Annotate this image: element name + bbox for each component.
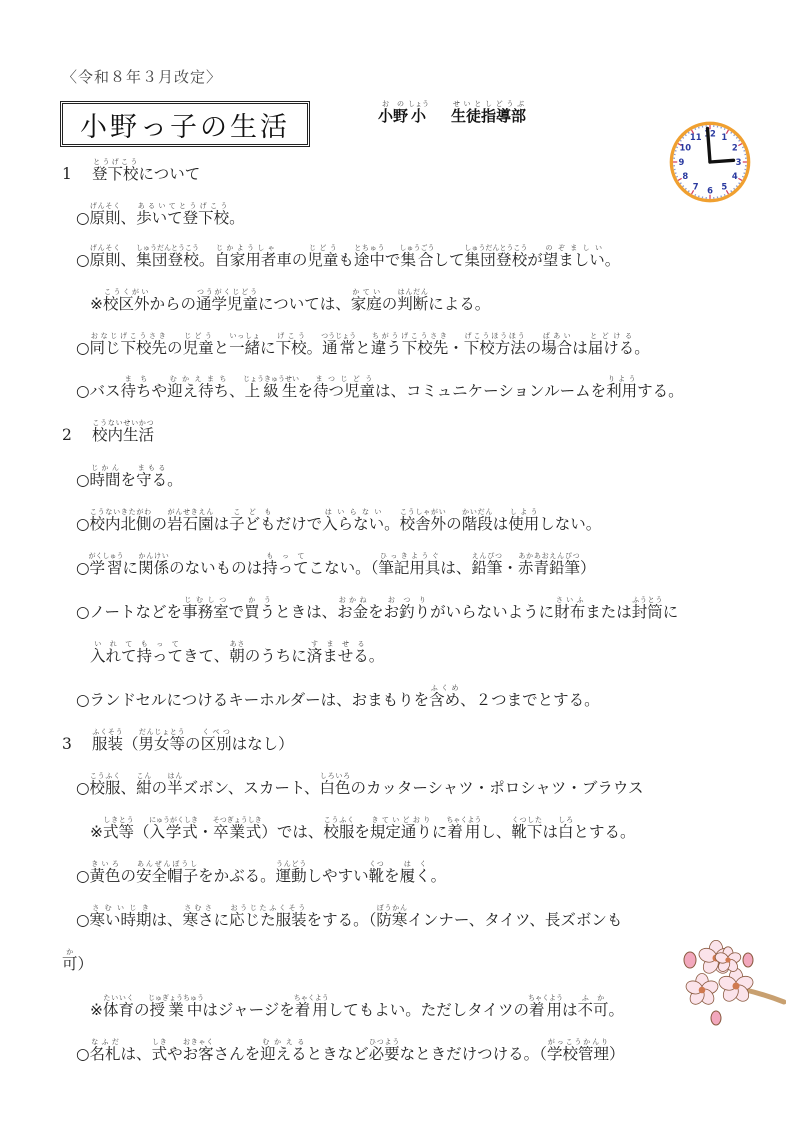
ruby-text: 途中とちゅう [354,251,385,269]
rule-item: ※体育たいいくの授業中じゅぎょうちゅうはジャージを着用ちゃくようしてもよい。ただ… [90,994,624,1019]
ruby-text: 安全帽子あんぜんぼうし [136,867,198,885]
ruby-text: 財布さいふ [554,603,585,621]
ruby-text: 寒ささむさ [183,911,214,929]
ruby-text: 下校方法げこうほうほう [464,339,526,357]
cherry-blossom-icon [676,930,786,1030]
ruby-text: 式等しきとう [103,823,134,841]
ruby-text: 可か [62,955,78,973]
ruby-text: 防寒ぼうかん [376,911,407,929]
ruby-text: 校内生活こうないせいかつ [92,426,154,444]
ruby-text: 原則げんそく [90,251,121,269]
rule-item: ○校内北側こうないきたがわの岩石園がんせきえんは子どもこどもだけで入らないはいら… [76,508,601,533]
ruby-text: 体育たいいく [103,1001,134,1019]
ruby-text: 届けるとどける [588,339,635,357]
ruby-text: 靴くつ [369,867,385,885]
ruby-text: 通学児童つうがくじどう [196,295,258,313]
rule-item: ○名札なふだは、式しきやお客おきゃくさんを迎えるむかえるときなど必要ひつようなと… [76,1038,624,1063]
rule-item: 可か） [62,948,93,973]
ruby-text: 履くはく [400,867,431,885]
clock-icon: 121234567891011 [668,120,752,204]
ruby-text: 含めふくめ [429,691,460,709]
ruby-text: 時間じかん [90,471,121,489]
svg-text:2: 2 [732,143,738,153]
ruby-text: 着用ちゃくよう [295,1001,328,1019]
ruby-text: 入れて持っていれてもって [90,647,183,665]
svg-text:4: 4 [732,171,738,181]
ruby-text: 朝あさ [229,647,245,665]
ruby-text: 白しろ [558,823,574,841]
section-number: 1 [62,167,92,183]
ruby-text: 買うかう [244,603,275,621]
ruby-text: 関係かんけい [138,559,169,577]
ruby-text: 同じ下校先おなじげこうさき [90,339,168,357]
ruby-text: 通常つうじょう [322,339,355,357]
svg-text:6: 6 [707,186,713,196]
ruby-text: 白色しろいろ [319,779,350,797]
ruby-text: 家庭かてい [351,295,382,313]
ruby-text: 迎え待ちむかえまち [167,382,229,400]
rule-item: 入れて持っていれてもってきて、朝あさのうちに済ませるすませる。 [90,640,384,665]
ruby-text: 望ましいのぞましい [543,251,605,269]
ruby-text: 鉛筆えんぴつ [471,559,502,577]
ruby-text: 授業中じゅぎょうちゅう [150,1001,203,1019]
svg-text:11: 11 [690,132,702,142]
ruby-text: 入らないはいらない [322,515,384,533]
ruby-text: 運動うんどう [276,867,307,885]
rule-item: ※校区外こうくがいからの通学児童つうがくじどうについては、家庭かていの判断はんだ… [90,288,490,313]
rule-item: ○ランドセルにつけるキーホルダーは、おまもりを含めふくめ、２つまでとする。 [76,684,600,709]
ruby-text: 規定通りきていどおり [370,823,432,841]
ruby-text: 半はん [167,779,183,797]
school-name: 小野おの [378,107,408,125]
ruby-text: 迎えるむかえる [260,1045,307,1063]
rule-item: ※式等しきとう（入学式にゅうがくしき・卒業式そつぎょうしき）では、校服こうふくを… [90,816,636,841]
ruby-text: 靴下くつした [511,823,542,841]
ruby-text: 待つ児童まつじどう [313,382,375,400]
ruby-text: 式しき [152,1045,168,1063]
ruby-text: 登下校とうげこう [92,165,139,183]
ruby-text: 封筒ふうとう [632,603,663,621]
rule-item: ○寒い時期さむいじきは、寒ささむさに応じた服装おうじたふくそうをする。（防寒ぼう… [76,904,622,929]
ruby-text: 使用しよう [508,515,539,533]
ruby-text: 名札なふだ [90,1045,121,1063]
ruby-text: 守るまもる [136,471,167,489]
school-suffix: 小しょう [408,107,429,125]
svg-text:9: 9 [679,157,685,167]
svg-text:3: 3 [736,157,742,167]
ruby-text: 児童じどう [183,339,214,357]
ruby-text: 子どもこども [229,515,276,533]
ruby-text: 必要ひつよう [369,1045,400,1063]
ruby-text: 一緒いっしょ [229,339,260,357]
ruby-text: お客おきゃく [183,1045,214,1063]
page-title: 小野っ子の生活 [80,105,290,144]
ruby-text: 赤青鉛筆あかあおえんぴつ [518,559,580,577]
ruby-text: 児童じどう [307,251,338,269]
svg-text:8: 8 [682,171,688,181]
ruby-text: 階段かいだん [462,515,493,533]
ruby-text: 学校管理がっこうかんり [547,1045,609,1063]
ruby-text: 済ませるすませる [307,647,369,665]
school-department: 小野おの小しょう生徒指導部せいとしどうぶ [378,100,526,126]
ruby-text: 歩いて登下校あるいてとうげこう [136,209,229,227]
ruby-text: 着用ちゃくよう [529,1001,562,1019]
svg-text:10: 10 [679,143,691,153]
ruby-text: 黄色きいろ [90,867,121,885]
section-number: 2 [62,428,92,444]
ruby-text: 集合しゅうごう [400,251,433,269]
ruby-text: 原則げんそく [90,209,121,227]
rule-item: ○同じ下校先おなじげこうさきの児童じどうと一緒いっしょに下校げこう。通常つうじょ… [76,332,650,357]
ruby-text: 事務室じむしつ [182,603,229,621]
ruby-text: 岩石園がんせきえん [167,515,214,533]
department-name: 生徒指導部せいとしどうぶ [451,107,526,125]
svg-text:5: 5 [721,182,727,192]
ruby-text: お釣りおつり [384,603,431,621]
section-number: 3 [62,737,92,753]
ruby-text: 違う下校先ちがうげこうさき [371,339,449,357]
section-heading: 3服装ふくそう（男女等だんじょとうの区別くべつはなし） [62,728,294,753]
ruby-text: 区別くべつ [201,735,232,753]
ruby-text: 男女等だんじょとう [139,735,186,753]
ruby-text: 集団登校しゅうだんとうこう [464,251,527,269]
svg-text:7: 7 [693,182,699,192]
ruby-text: 学習がくしゅう [90,559,123,577]
rule-item: ○黄色きいろの安全帽子あんぜんぼうしをかぶる。運動うんどうしやすい靴くつを履くは… [76,860,446,885]
ruby-text: 校服こうふく [323,823,354,841]
revision-date: 〈令和８年３月改定〉 [62,66,222,87]
ruby-text: 不可ふか [578,1001,609,1019]
rule-item: ○学習がくしゅうに関係かんけいのないものは持ってもってこない。（筆記用具ひっきよ… [76,552,595,577]
ruby-text: お金おかね [337,603,368,621]
rule-item: ○ノートなどを事務室じむしつで買うかうときは、お金おかねをお釣りおつりがいらない… [76,596,678,621]
ruby-text: 校内北側こうないきたがわ [90,515,152,533]
section-heading: 2校内生活こうないせいかつ [62,419,154,444]
ruby-text: 集団登校しゅうだんとうこう [136,251,199,269]
ruby-text: 下校げこう [276,339,307,357]
rule-item: ○原則げんそく、歩いて登下校あるいてとうげこう。 [76,202,245,227]
ruby-text: 校服こうふく [90,779,121,797]
ruby-text: 入学式にゅうがくしき [150,823,198,841]
rule-item: ○バス待ちまちや迎え待ちむかえまち、上級生じょうきゅうせいを待つ児童まつじどうは… [76,375,684,400]
title-box: 小野っ子の生活 [60,101,310,147]
ruby-text: 寒い時期さむいじき [90,911,152,929]
ruby-text: 卒業式そつぎょうしき [213,823,261,841]
ruby-text: 自家用者じかようしゃ [214,251,276,269]
ruby-text: 応じた服装おうじたふくそう [229,911,307,929]
ruby-text: 校舎外こうしゃがい [400,515,447,533]
ruby-text: 校区外こうくがい [103,295,150,313]
ruby-text: 着用ちゃくよう [447,823,480,841]
ruby-text: 利用りよう [606,382,637,400]
ruby-text: 服装ふくそう [92,735,123,753]
section-heading: 1登下校とうげこうについて [62,158,200,183]
svg-text:1: 1 [721,132,727,142]
ruby-text: 待ちまち [121,382,152,400]
ruby-text: 持ってもって [262,559,309,577]
ruby-text: 紺こん [136,779,152,797]
ruby-text: 判断はんだん [397,295,428,313]
rule-item: ○時間じかんを守るまもる。 [76,464,183,489]
rule-item: ○校服こうふく、紺こんの半はんズボン、スカート、白色しろいろのカッターシャツ・ポ… [76,772,643,797]
ruby-text: 上級生じょうきゅうせい [245,382,298,400]
ruby-text: 筆記用具ひっきようぐ [378,559,440,577]
rule-item: ○原則げんそく、集団登校しゅうだんとうこう。自家用者じかようしゃ車の児童じどうも… [76,244,620,269]
ruby-text: 場合ばあい [541,339,572,357]
